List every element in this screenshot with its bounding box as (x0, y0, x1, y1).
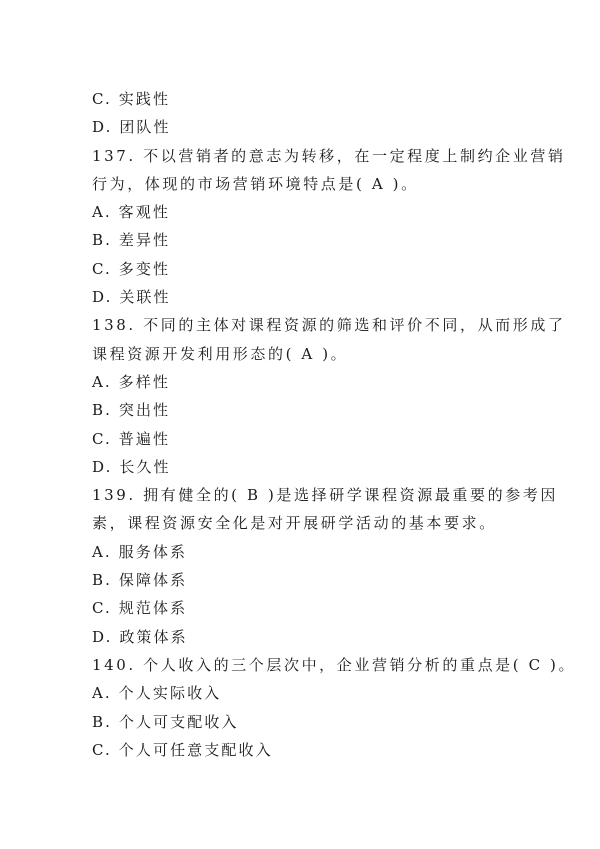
question-137-line-2: 行为，体现的市场营销环境特点是( A )。 (92, 170, 532, 198)
question-138-line-2: 课程资源开发利用形态的( A )。 (92, 340, 532, 368)
document-page: C. 实践性 D. 团队性 137. 不以营销者的意志为转移，在一定程度上制约企… (92, 85, 532, 764)
option-138-c: C. 普遍性 (92, 425, 532, 453)
option-137-d: D. 关联性 (92, 283, 532, 311)
option-138-d: D. 长久性 (92, 453, 532, 481)
question-139-line-1: 139. 拥有健全的( B )是选择研学课程资源最重要的参考因 (92, 481, 532, 509)
option-139-d: D. 政策体系 (92, 623, 532, 651)
question-138-line-1: 138. 不同的主体对课程资源的筛选和评价不同，从而形成了 (92, 311, 532, 339)
question-140-line-1: 140. 个人收入的三个层次中，企业营销分析的重点是( C )。 (92, 651, 532, 679)
question-139-line-2: 素，课程资源安全化是对开展研学活动的基本要求。 (92, 509, 532, 537)
option-136-c: C. 实践性 (92, 85, 532, 113)
option-137-a: A. 客观性 (92, 198, 532, 226)
option-136-d: D. 团队性 (92, 113, 532, 141)
option-140-c: C. 个人可任意支配收入 (92, 736, 532, 764)
option-139-c: C. 规范体系 (92, 594, 532, 622)
option-139-a: A. 服务体系 (92, 538, 532, 566)
question-137-line-1: 137. 不以营销者的意志为转移，在一定程度上制约企业营销 (92, 142, 532, 170)
option-137-b: B. 差异性 (92, 226, 532, 254)
option-138-b: B. 突出性 (92, 396, 532, 424)
option-140-a: A. 个人实际收入 (92, 679, 532, 707)
option-138-a: A. 多样性 (92, 368, 532, 396)
option-140-b: B. 个人可支配收入 (92, 708, 532, 736)
option-137-c: C. 多变性 (92, 255, 532, 283)
option-139-b: B. 保障体系 (92, 566, 532, 594)
